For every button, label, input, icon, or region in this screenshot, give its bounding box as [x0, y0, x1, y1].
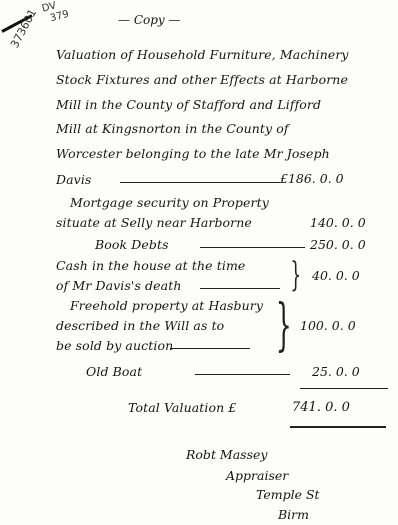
- signature-title: Appraiser: [226, 468, 288, 483]
- title-line: Mill at Kingsnorton in the County of: [56, 121, 289, 136]
- item-amount: 100. 0. 0: [300, 318, 356, 333]
- first-item-amount: £186. 0. 0: [280, 171, 344, 186]
- item-line: Mortgage security on Property: [70, 195, 269, 210]
- signature-street: Temple St: [256, 487, 320, 502]
- total-label: Total Valuation £: [128, 400, 236, 415]
- item-line: Freehold property at Hasbury: [70, 298, 263, 313]
- item-amount: 250. 0. 0: [310, 237, 366, 252]
- copy-heading: — Copy —: [118, 13, 181, 27]
- title-line: Mill in the County of Stafford and Liffo…: [56, 97, 321, 112]
- item-line: described in the Will as to: [56, 318, 224, 333]
- item-line: Old Boat: [86, 364, 142, 379]
- item-line: Book Debts: [95, 237, 169, 252]
- bracket-brace: }: [290, 255, 301, 295]
- total-double-rule: [290, 426, 386, 428]
- item-line: of Mr Davis's death: [56, 278, 181, 293]
- leader-line: [200, 247, 305, 248]
- leader-line: [200, 288, 280, 289]
- total-amount: 741. 0. 0: [292, 400, 350, 415]
- first-item-label: Davis: [56, 172, 91, 187]
- item-line: Cash in the house at the time: [56, 258, 245, 273]
- title-line: Valuation of Household Furniture, Machin…: [56, 47, 349, 62]
- scanned-document-page: DV 379 373601 — Copy — Valuation of Hous…: [0, 0, 398, 525]
- archive-catalogue-number: 373601: [8, 7, 39, 50]
- item-amount: 25. 0. 0: [312, 364, 360, 379]
- title-line: Stock Fixtures and other Effects at Harb…: [56, 72, 348, 87]
- title-line: Worcester belonging to the late Mr Josep…: [56, 146, 330, 161]
- signature-name: Robt Massey: [186, 447, 267, 462]
- bracket-brace: }: [276, 293, 292, 358]
- leader-line: [120, 182, 280, 183]
- item-line: situate at Selly near Harborne: [56, 215, 252, 230]
- leader-line: [195, 374, 290, 375]
- leader-line: [170, 348, 250, 349]
- signature-city: Birm: [278, 507, 309, 522]
- item-amount: 140. 0. 0: [310, 215, 366, 230]
- item-line: be sold by auction: [56, 338, 173, 353]
- sum-rule: [300, 388, 388, 389]
- item-amount: 40. 0. 0: [312, 268, 360, 283]
